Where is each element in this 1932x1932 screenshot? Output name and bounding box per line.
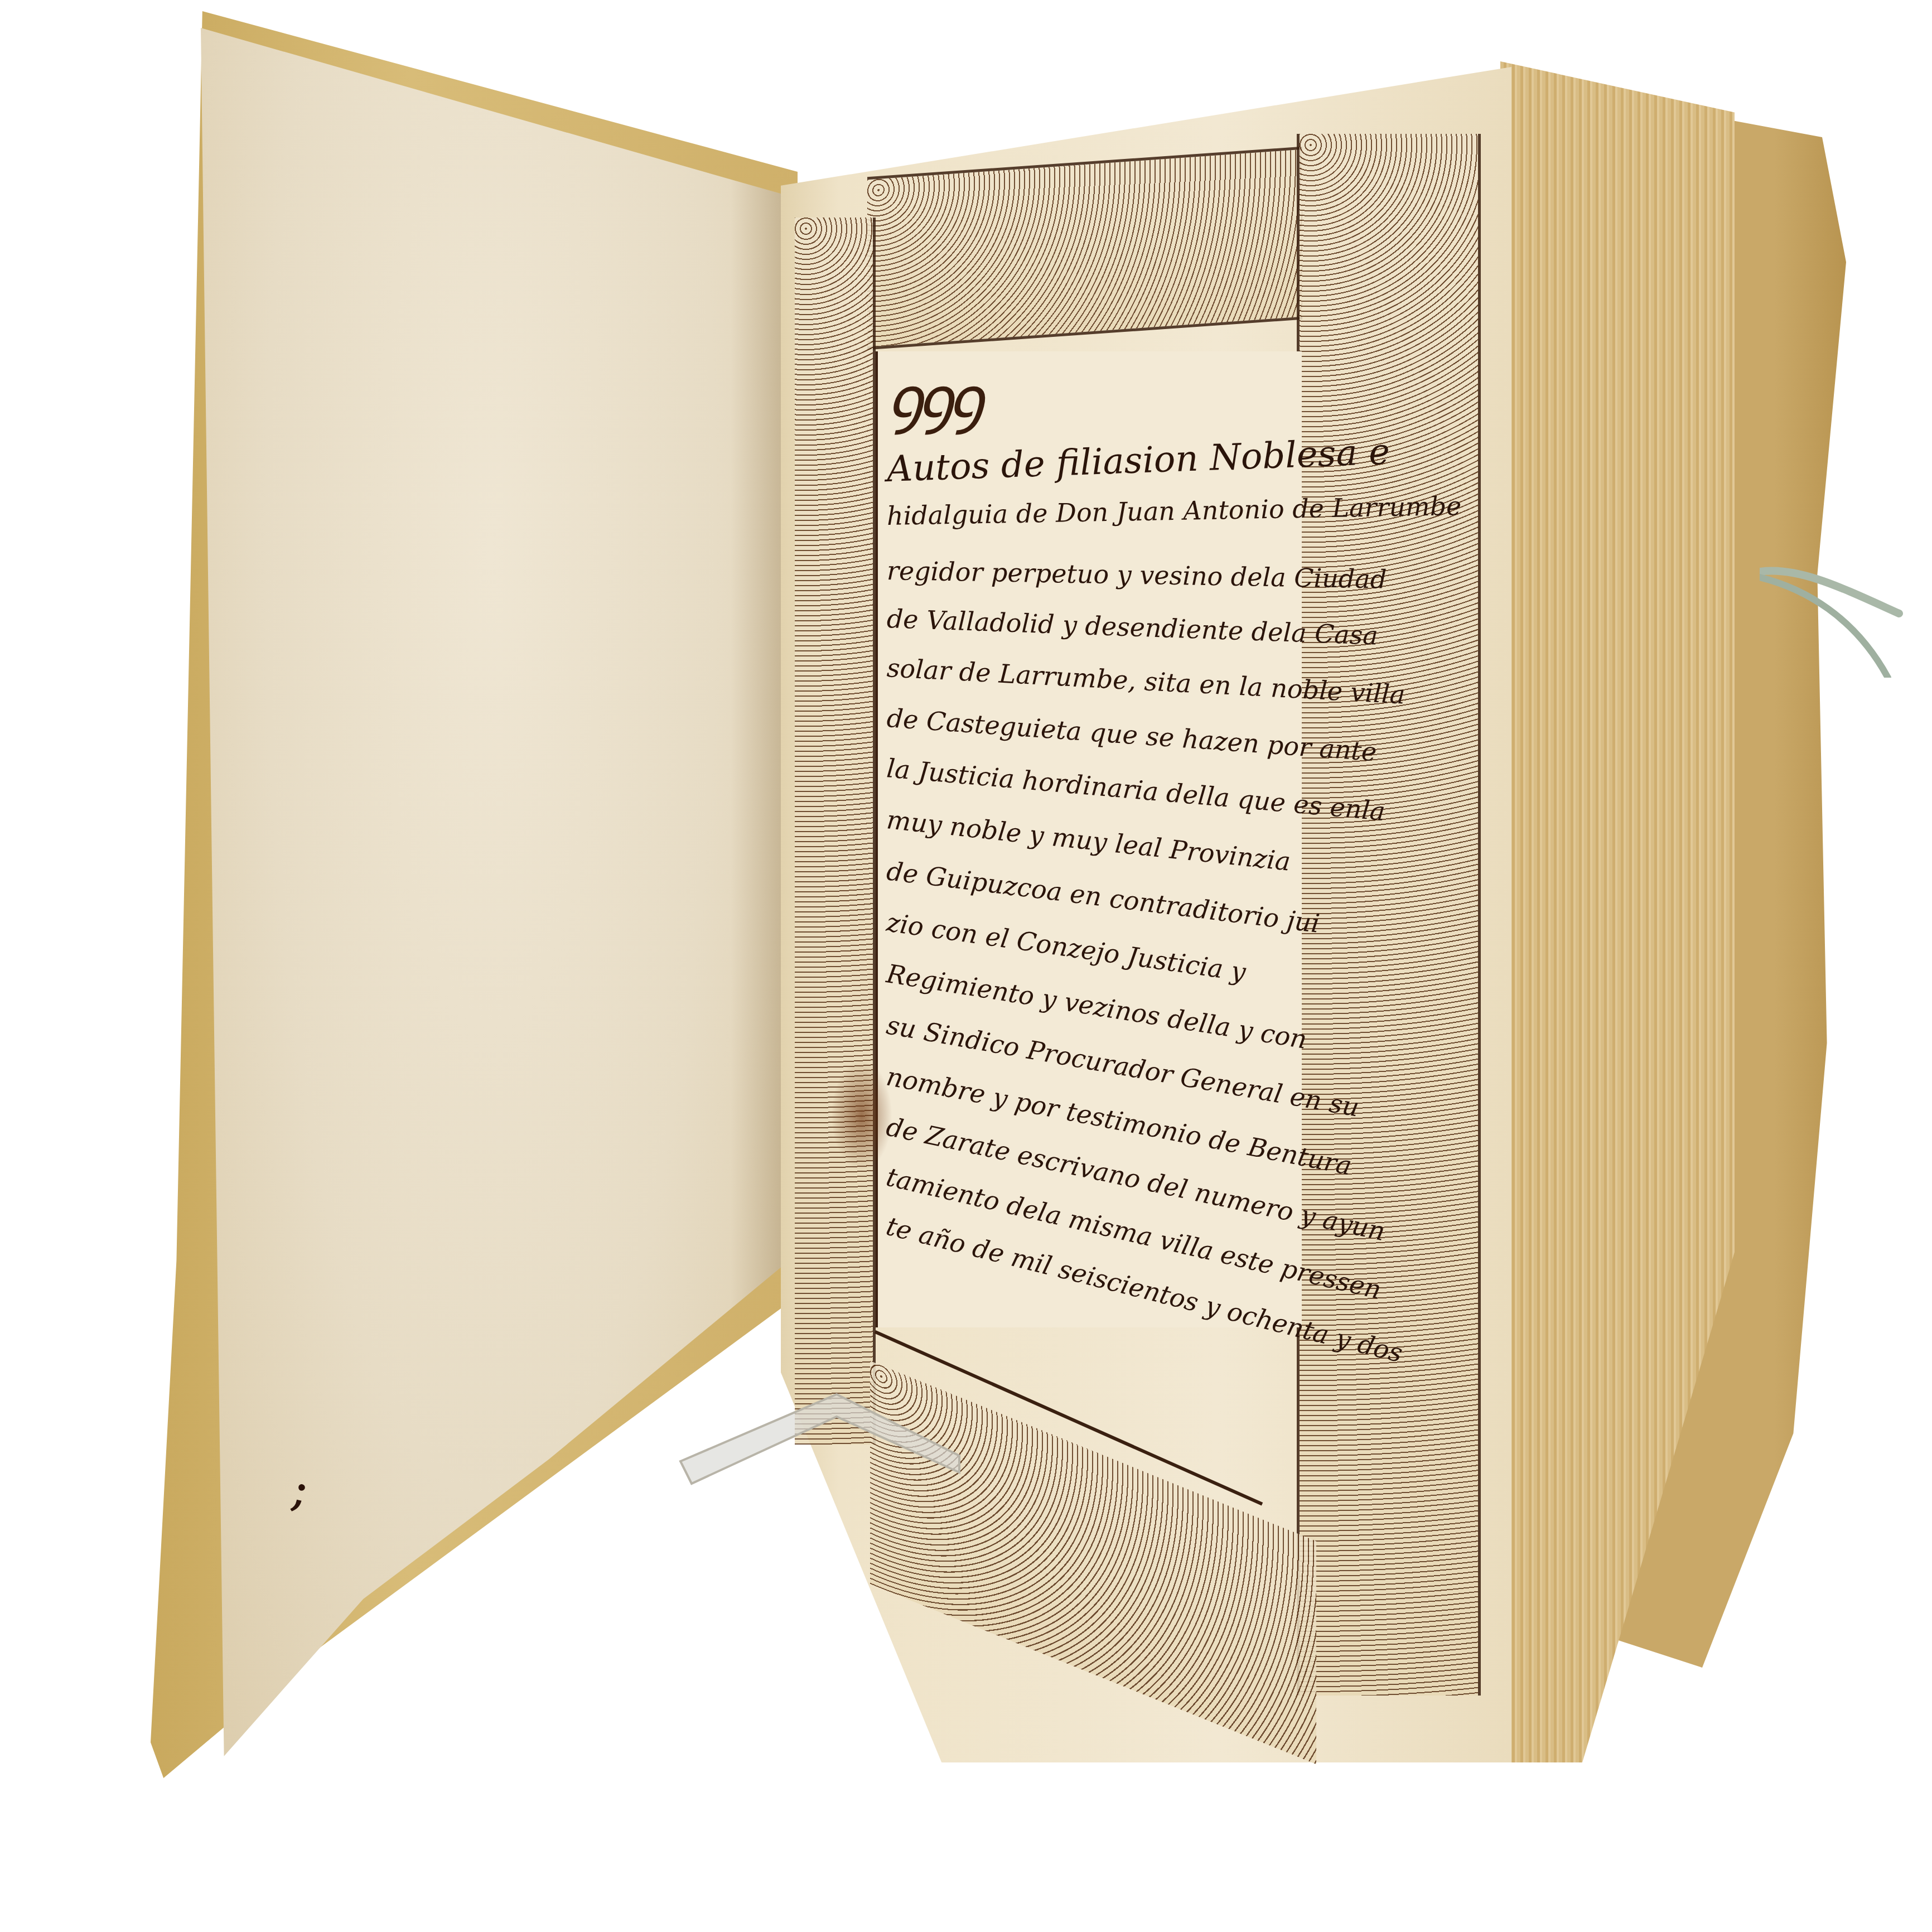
text-line: la Justicia hordinaria della que es enla bbox=[886, 755, 1299, 817]
text-line: regidor perpetuo y vesino dela Ciudad bbox=[887, 558, 1300, 591]
text-line: de Valladolid y desendiente dela Casa bbox=[886, 606, 1300, 646]
acrylic-stand bbox=[669, 1361, 982, 1506]
book-photo: ; ꝯꝯꝯ Autos de filiasion Noblesa e hidal… bbox=[0, 0, 1932, 1932]
border-top-birds bbox=[867, 147, 1302, 350]
ribbon-bookmark bbox=[1760, 549, 1905, 678]
text-line: de Casteguieta que se hazen por ante bbox=[886, 705, 1299, 760]
text-line: hidalguia de Don Juan Antonio de Larrumb… bbox=[887, 496, 1300, 529]
manuscript-text: ꝯꝯꝯ Autos de filiasion Noblesa e hidalgu… bbox=[887, 368, 1300, 1238]
gutter-shadow bbox=[731, 28, 781, 1774]
text-line: solar de Larrumbe, sita en la noble vill… bbox=[886, 655, 1300, 702]
border-right-birds bbox=[1297, 134, 1481, 1696]
border-left-birds bbox=[795, 218, 876, 1445]
ink-stain bbox=[831, 1060, 892, 1171]
